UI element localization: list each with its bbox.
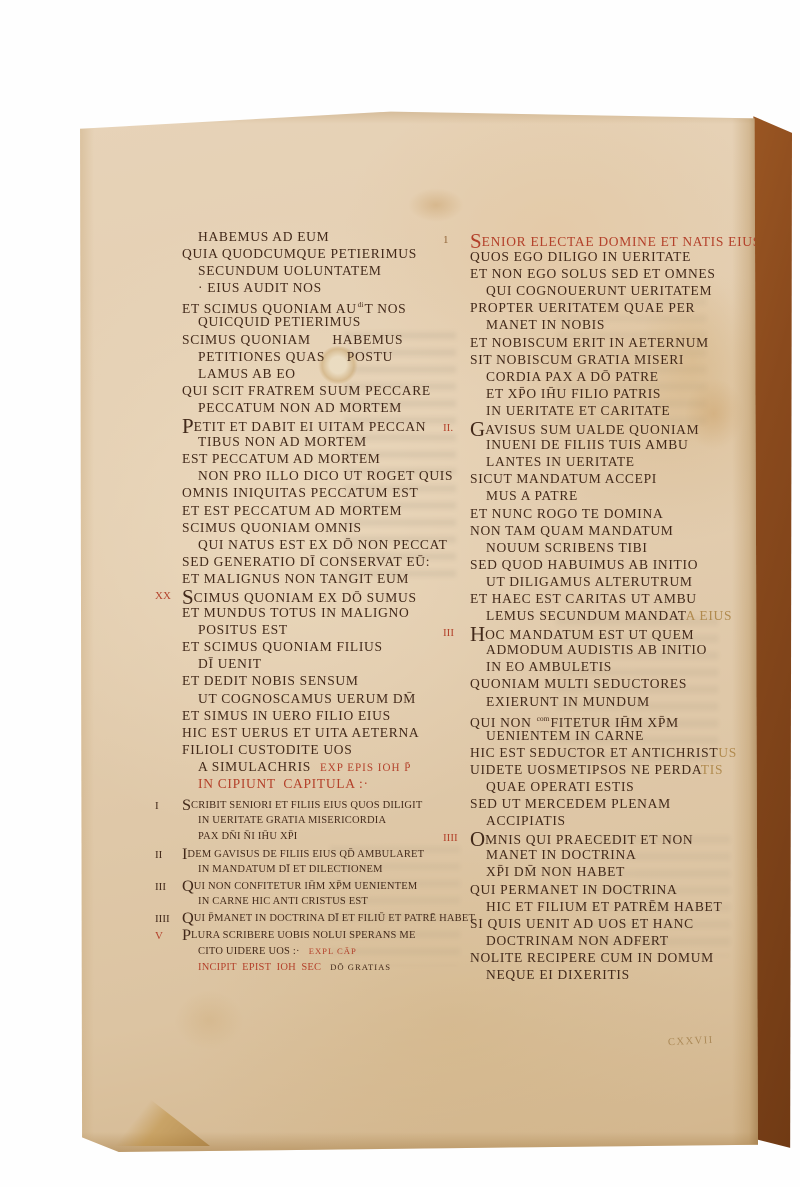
text-line: DĪ UENIT — [182, 655, 468, 672]
text-line: MANET IN NOBIS — [470, 316, 762, 333]
enlarged-initial: P — [182, 926, 191, 944]
text-line: QUI NATUS EST EX DŌ NON PECCAT — [182, 536, 468, 553]
text-line: QUICQUID PETIERIMUS — [182, 313, 468, 330]
text-line: ET NOBISCUM ERIT IN AETERNUM — [470, 334, 762, 351]
page-edge-top — [78, 110, 758, 124]
text-line: ET EST PECCATUM AD MORTEM — [182, 502, 468, 519]
text-line: ET XP̄O IH̄U FILIO PATRIS — [470, 385, 762, 402]
text-line: IIIDEM GAVISUS DE FILIIS EIUS QD̄ AMBULA… — [182, 846, 468, 862]
chapter-numeral: II — [155, 847, 162, 863]
text-line: ET MALIGNUS NON TANGIT EUM — [182, 570, 468, 587]
text-line: SED UT MERCEDEM PLENAM — [470, 795, 762, 812]
text-line: QUONIAM MULTI SEDUCTORES — [470, 675, 762, 692]
text-line: UENIENTEM IN CARNE — [470, 727, 762, 744]
text-line: IN MANDATUM DĪ ET DILECTIONEM — [182, 862, 468, 878]
text-line: SICUT MANDATUM ACCEPI — [470, 470, 762, 487]
text-line: ADMODUM AUDISTIS AB INITIO — [470, 641, 762, 658]
text-line: NON TAM QUAM MANDATUM — [470, 522, 762, 539]
text-line: QUI NON comFITETUR IH̄M XP̄M — [470, 710, 762, 727]
text-line: QUI COGNOUERUNT UERITATEM — [470, 282, 762, 299]
text-line: FILIOLI CUSTODITE UOS — [182, 741, 468, 758]
right-text-column: 1SENIOR ELECTAE DOMINE ET NATIS EIUSQUOS… — [470, 231, 762, 983]
text-line: PAX DN̄I N̄I IH̄U XP̄I — [182, 829, 468, 845]
text-line: POSITUS EST — [182, 621, 468, 638]
chapter-numeral: V — [155, 928, 163, 944]
text-line: UIDETE UOSMETIPSOS NE PERDATIS — [470, 761, 762, 778]
faded-ink: US — [718, 745, 737, 760]
text-line: SED QUOD HABUIMUS AB INITIO — [470, 556, 762, 573]
rubric-label: EXPL CĀP — [309, 946, 357, 956]
text-line: SCIMUS QUONIAM OMNIS — [182, 519, 468, 536]
text-line: HABEMUS AD EUM — [182, 228, 468, 245]
text-line: ET SCIMUS QUONIAM AUdiT NOS — [182, 296, 468, 313]
text-line: IIIIOMNIS QUI PRAECEDIT ET NON — [470, 829, 762, 846]
rubric-label: DŌ GRATIAS — [330, 962, 391, 972]
text-line: QUI SCIT FRATREM SUUM PECCARE — [182, 382, 468, 399]
stain — [408, 188, 464, 222]
page-edge-left — [78, 110, 94, 1152]
text-line: ET DEDIT NOBIS SENSUM — [182, 672, 468, 689]
text-line: MUS A PATRE — [470, 487, 762, 504]
text-line: ISCRIBIT SENIORI ET FILIIS EIUS QUOS DIL… — [182, 797, 468, 813]
text-line: QUOS EGO DILIGO IN UERITATE — [470, 248, 762, 265]
text-line: HIC EST SEDUCTOR ET ANTICHRISTUS — [470, 744, 762, 761]
text-line: II.GAVISUS SUM UALDE QUONIAM — [470, 419, 762, 436]
text-line: ET HAEC EST CARITAS UT AMBU — [470, 590, 762, 607]
text-line: UT COGNOSCAMUS UERUM DM̄ — [182, 690, 468, 707]
chapter-numeral: XX — [155, 588, 171, 605]
text-line: SECUNDUM UOLUNTATEM — [182, 262, 468, 279]
capitula-list: ISCRIBIT SENIORI ET FILIIS EIUS QUOS DIL… — [182, 797, 468, 975]
chapter-numeral: 1 — [443, 232, 449, 249]
text-line: PETITIONES QUAS POSTU — [182, 348, 468, 365]
text-line: NOUUM SCRIBENS TIBI — [470, 539, 762, 556]
enlarged-initial: I — [182, 845, 187, 863]
text-line: QUI PERMANET IN DOCTRINA — [470, 881, 762, 898]
text-line: ET MUNDUS TOTUS IN MALIGNO — [182, 604, 468, 621]
folio-number: CXXVII — [668, 1035, 714, 1048]
text-line: SI QUIS UENIT AD UOS ET HANC — [470, 915, 762, 932]
text-line: LANTES IN UERITATE — [470, 453, 762, 470]
chapter-numeral: III — [443, 625, 454, 642]
photograph-of-manuscript: HABEMUS AD EUMQUIA QUODCUMQUE PETIERIMUS… — [0, 0, 800, 1187]
text-line: PETIT ET DABIT EI UITAM PECCAN — [182, 416, 468, 433]
text-line: UT DILIGAMUS ALTERUTRUM — [470, 573, 762, 590]
text-line: MANET IN DOCTRINA — [470, 846, 762, 863]
text-line: NEQUE EI DIXERITIS — [470, 966, 762, 983]
text-line: SIT NOBISCUM GRATIA MISERI — [470, 351, 762, 368]
text-line: HIC EST UERUS ET UITA AETERNA — [182, 724, 468, 741]
text-line: ET SIMUS IN UERO FILIO EIUS — [182, 707, 468, 724]
chapter-numeral: IIII — [443, 830, 458, 847]
text-line: PECCATUM NON AD MORTEM — [182, 399, 468, 416]
text-line: IIIQUI NON CONFITETUR IH̄M XP̄M UENIENTE… — [182, 878, 468, 894]
text-line: EXIERUNT IN MUNDUM — [470, 693, 762, 710]
text-line: DOCTRINAM NON ADFERT — [470, 932, 762, 949]
text-line: OMNIS INIQUITAS PECCATUM EST — [182, 484, 468, 501]
text-line: QUIA QUODCUMQUE PETIERIMUS — [182, 245, 468, 262]
first-john-text-block: HABEMUS AD EUMQUIA QUODCUMQUE PETIERIMUS… — [182, 228, 468, 792]
text-line: QUAE OPERATI ESTIS — [470, 778, 762, 795]
text-line: XP̄I DM̄ NON HABET — [470, 863, 762, 880]
text-line: NON PRO ILLO DICO UT ROGET QUIS — [182, 467, 468, 484]
text-line: INUENI DE FILIIS TUIS AMBU — [470, 436, 762, 453]
text-line: LEMUS SECUNDUM MANDATA EIUS — [470, 607, 762, 624]
text-line: INCIPIT EPIST IOH SECDŌ GRATIAS — [182, 959, 468, 975]
text-line: TIBUS NON AD MORTEM — [182, 433, 468, 450]
text-line: VPLURA SCRIBERE UOBIS NOLUI SPERANS ME — [182, 927, 468, 943]
text-line: 1SENIOR ELECTAE DOMINE ET NATIS EIUS — [470, 231, 762, 248]
text-line: HIC ET FILIUM ET PATRĒM HABET — [470, 898, 762, 915]
chapter-numeral: IIII — [155, 911, 170, 927]
text-line: ET SCIMUS QUONIAM FILIUS — [182, 638, 468, 655]
text-line: ACCIPIATIS — [470, 812, 762, 829]
text-line: XXSCIMUS QUONIAM EX DŌ SUMUS — [182, 587, 468, 604]
text-line: IIIIQUI P̄MANET IN DOCTRINA DĪ ET FILIU… — [182, 910, 468, 926]
text-line: IN UERITATE ET CARITATE — [470, 402, 762, 419]
text-line: ET NUNC ROGO TE DOMINA — [470, 505, 762, 522]
text-line: IN CARNE HIC ANTI CRISTUS EST — [182, 894, 468, 910]
text-line: EST PECCATUM AD MORTEM — [182, 450, 468, 467]
text-line: CITO UIDERE UOS :·EXPL CĀP — [182, 943, 468, 959]
corner-fold — [100, 1060, 210, 1146]
text-line: IN UERITATE GRATIA MISERICORDIA — [182, 813, 468, 829]
faded-ink: TIS — [701, 762, 723, 777]
chapter-numeral: I — [155, 798, 159, 814]
text-line: PROPTER UERITATEM QUAE PER — [470, 299, 762, 316]
enlarged-initial: Q — [182, 877, 194, 895]
text-line: · EIUS AUDIT NOS — [182, 279, 468, 296]
text-line: NOLITE RECIPERE CUM IN DOMUM — [470, 949, 762, 966]
second-john-text-block: 1SENIOR ELECTAE DOMINE ET NATIS EIUSQUOS… — [470, 231, 762, 983]
faded-ink: A EIUS — [686, 608, 733, 623]
interlinear-gloss: di — [358, 300, 364, 309]
text-line: SED GENERATIO DĪ CONSERVAT EŪ: — [182, 553, 468, 570]
chapter-numeral: II. — [443, 420, 453, 437]
text-line: SCIMUS QUONIAM HABEMUS — [182, 331, 468, 348]
left-text-column: HABEMUS AD EUMQUIA QUODCUMQUE PETIERIMUS… — [182, 228, 468, 975]
text-line: LAMUS AB EO — [182, 365, 468, 382]
text-line: IN EO AMBULETIS — [470, 658, 762, 675]
rubric-label: EXP EPIS IOH P̄ — [320, 762, 411, 774]
text-line: IIIHOC MANDATUM EST UT QUEM — [470, 624, 762, 641]
enlarged-initial: S — [182, 796, 191, 814]
text-line: A SIMULACHRISEXP EPIS IOH P̄ — [182, 758, 468, 775]
stain — [174, 990, 244, 1050]
interlinear-gloss: com — [537, 714, 550, 723]
text-line: IN CIPIUNT CAPITULA :· — [182, 775, 468, 792]
page-edge-bottom — [78, 1132, 758, 1152]
text-line: ET NON EGO SOLUS SED ET OMNES — [470, 265, 762, 282]
manuscript-page: HABEMUS AD EUMQUIA QUODCUMQUE PETIERIMUS… — [78, 110, 758, 1152]
chapter-numeral: III — [155, 879, 166, 895]
text-line: CORDIA PAX A DŌ PATRE — [470, 368, 762, 385]
